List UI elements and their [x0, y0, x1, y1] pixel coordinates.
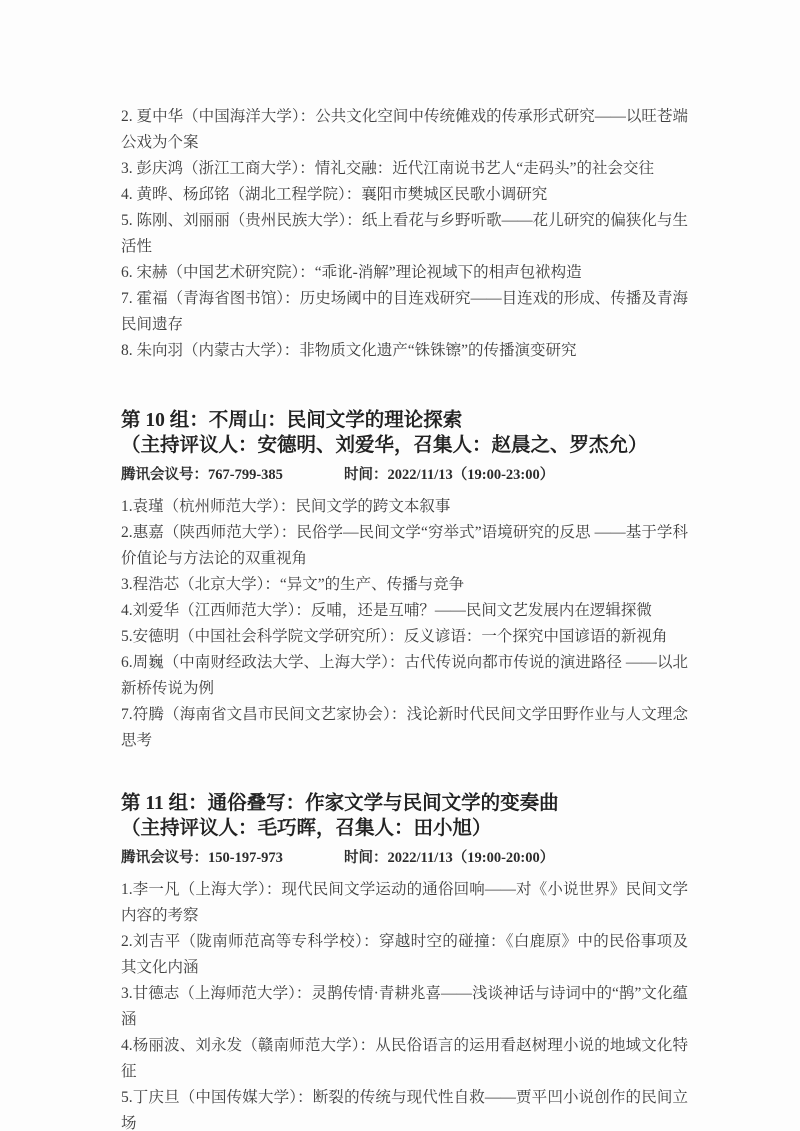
paper-item: 4.刘爱华（江西师范大学）：反哺，还是互哺？——民间文艺发展内在逻辑探微	[121, 598, 688, 624]
session-group-10: 第 10 组：不周山：民间文学的理论探索 （主持评议人：安德明、刘爱华，召集人：…	[121, 408, 688, 754]
meeting-time-value: 2022/11/13（19:00-20:00）	[388, 850, 555, 866]
paper-item: 7.符腾（海南省文昌市民间文艺家协会）：浅论新时代民间文学田野作业与人文理念思考	[121, 702, 688, 754]
group-hosts-line: （主持评议人：安德明、刘爱华，召集人：赵晨之、罗杰允）	[121, 433, 688, 458]
group-paper-list: 1.李一凡（上海大学）：现代民间文学运动的通俗回响——对《小说世界》民间文学内容…	[121, 877, 688, 1131]
meeting-id-value: 767-799-385	[208, 467, 283, 483]
meeting-id-value: 150-197-973	[208, 850, 283, 866]
paper-item: 5.丁庆旦（中国传媒大学）：断裂的传统与现代性自救——贾平凹小说创作的民间立场	[121, 1085, 688, 1131]
meeting-time-block: 时间：2022/11/13（19:00-20:00）	[344, 850, 554, 866]
session-group-11: 第 11 组：通俗叠写：作家文学与民间文学的变奏曲 （主持评议人：毛巧晖，召集人…	[121, 791, 688, 1131]
meeting-time-value: 2022/11/13（19:00-23:00）	[388, 467, 555, 483]
meeting-info-line: 腾讯会议号：150-197-973时间：2022/11/13（19:00-20:…	[121, 847, 688, 869]
group-title: 第 11 组：通俗叠写：作家文学与民间文学的变奏曲	[121, 791, 688, 816]
meeting-time-block: 时间：2022/11/13（19:00-23:00）	[344, 467, 554, 483]
paper-item: 1.袁瑾（杭州师范大学）：民间文学的跨文本叙事	[121, 494, 688, 520]
paper-item: 3. 彭庆鸿（浙江工商大学）：情礼交融：近代江南说书艺人“走码头”的社会交往	[121, 156, 688, 182]
paper-item: 4. 黄晔、杨邱铭（湖北工程学院）：襄阳市樊城区民歌小调研究	[121, 182, 688, 208]
group-title: 第 10 组：不周山：民间文学的理论探索	[121, 408, 688, 433]
paper-item: 3.程浩芯（北京大学）：“异文”的生产、传播与竞争	[121, 572, 688, 598]
meeting-time-label: 时间：	[344, 850, 388, 866]
paper-item: 6. 宋赫（中国艺术研究院）：“乖讹-消解”理论视域下的相声包袱构造	[121, 260, 688, 286]
meeting-id-block: 腾讯会议号：150-197-973	[121, 847, 344, 869]
paper-item: 1.李一凡（上海大学）：现代民间文学运动的通俗回响——对《小说世界》民间文学内容…	[121, 877, 688, 929]
group-hosts-line: （主持评议人：毛巧晖，召集人：田小旭）	[121, 816, 688, 841]
paper-item: 2.刘吉平（陇南师范高等专科学校）：穿越时空的碰撞：《白鹿原》中的民俗事项及其文…	[121, 929, 688, 981]
paper-item: 5. 陈刚、刘丽丽（贵州民族大学）：纸上看花与乡野听歌——花儿研究的偏狭化与生活…	[121, 208, 688, 260]
group-paper-list: 1.袁瑾（杭州师范大学）：民间文学的跨文本叙事 2.惠嘉（陕西师范大学）：民俗学…	[121, 494, 688, 754]
paper-item: 4.杨丽波、刘永发（赣南师范大学）：从民俗语言的运用看赵树理小说的地域文化特征	[121, 1033, 688, 1085]
meeting-info-line: 腾讯会议号：767-799-385时间：2022/11/13（19:00-23:…	[121, 464, 688, 486]
document-page: 2. 夏中华（中国海洋大学）：公共文化空间中传统傩戏的传承形式研究——以旺苍端公…	[0, 0, 800, 1131]
paper-item: 2. 夏中华（中国海洋大学）：公共文化空间中传统傩戏的传承形式研究——以旺苍端公…	[121, 104, 688, 156]
meeting-id-label: 腾讯会议号：	[121, 467, 208, 483]
paper-item: 8. 朱向羽（内蒙古大学）：非物质文化遗产“铢铢镲”的传播演变研究	[121, 338, 688, 364]
paper-item: 5.安德明（中国社会科学院文学研究所）：反义谚语：一个探究中国谚语的新视角	[121, 624, 688, 650]
previous-group-paper-list: 2. 夏中华（中国海洋大学）：公共文化空间中传统傩戏的传承形式研究——以旺苍端公…	[121, 104, 688, 364]
meeting-time-label: 时间：	[344, 467, 388, 483]
paper-item: 7. 霍福（青海省图书馆）：历史场阈中的目连戏研究——目连戏的形成、传播及青海民…	[121, 286, 688, 338]
meeting-id-block: 腾讯会议号：767-799-385	[121, 464, 344, 486]
paper-item: 3.甘德志（上海师范大学）：灵鹊传情·青耕兆喜——浅谈神话与诗词中的“鹊”文化蕴…	[121, 981, 688, 1033]
paper-item: 2.惠嘉（陕西师范大学）：民俗学—民间文学“穷举式”语境研究的反思 ——基于学科…	[121, 520, 688, 572]
paper-item: 6.周巍（中南财经政法大学、上海大学）：古代传说向都市传说的演进路径 ——以北新…	[121, 650, 688, 702]
meeting-id-label: 腾讯会议号：	[121, 850, 208, 866]
